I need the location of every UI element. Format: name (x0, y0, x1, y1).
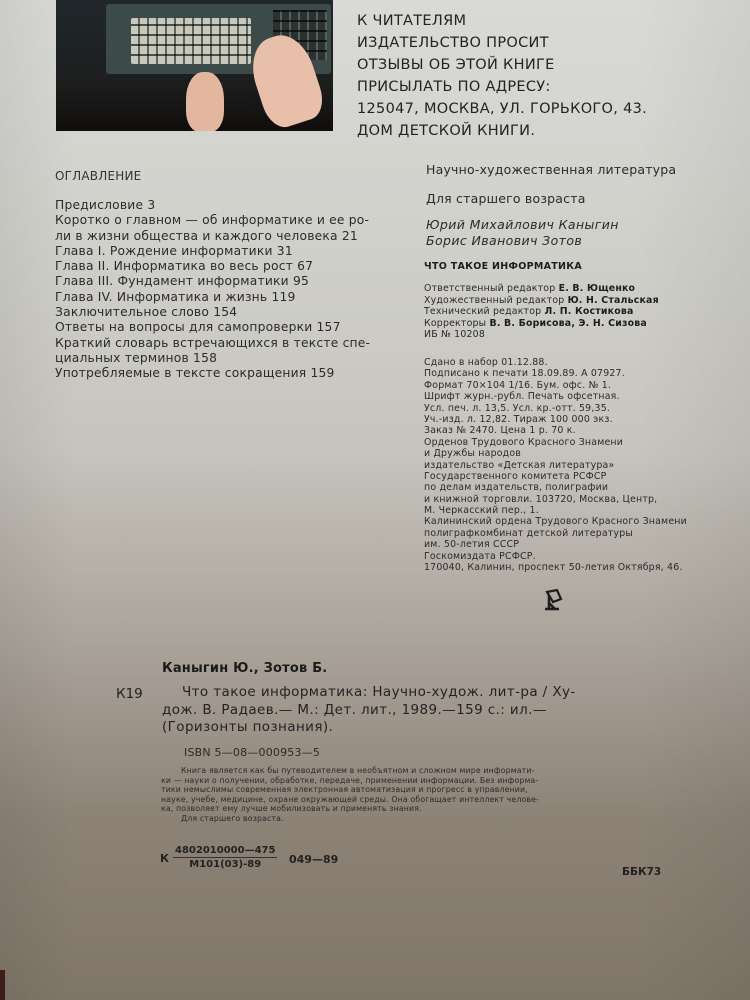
authors-full: Юрий Михайлович Каныгин Борис Иванович З… (426, 217, 619, 249)
printing-details: Сдано в набор 01.12.88. Подписано к печа… (424, 357, 687, 573)
publisher-logo-icon (540, 589, 564, 613)
isbn: ISBN 5—08—000953—5 (184, 746, 320, 759)
classification-fraction: 4802010000—475 М101(03)-89 (173, 845, 277, 870)
table-of-contents: Предисловие 3 Коротко о главном — об инф… (55, 198, 370, 382)
code-suffix: 049—89 (289, 853, 338, 866)
code-prefix: К (160, 852, 169, 865)
staff-line: Ответственный редактор Е. В. Ющенко (424, 283, 659, 295)
staff-line: Технический редактор Л. П. Костикова (424, 306, 659, 318)
readers-notice: К ЧИТАТЕЛЯМ ИЗДАТЕЛЬСТВО ПРОСИТ ОТЗЫВЫ О… (357, 10, 647, 142)
hand-image (186, 72, 224, 131)
card-authors: Каныгин Ю., Зотов Б. (162, 661, 327, 676)
toc-item: Глава III. Фундамент информатики 95 (55, 274, 370, 289)
editorial-staff: Ответственный редактор Е. В. Ющенко Худо… (424, 283, 659, 341)
annotation: Книга является как бы путеводителем в не… (161, 766, 539, 823)
bbk-code: ББК73 (622, 866, 661, 878)
toc-item: Глава I. Рождение информатики 31 (55, 244, 370, 259)
book-title: ЧТО ТАКОЕ ИНФОРМАТИКА (424, 261, 582, 272)
toc-item: Заключительное слово 154 (55, 305, 370, 320)
toc-item: Краткий словарь встречающихся в тексте с… (55, 336, 370, 351)
toc-item: ли в жизни общества и каждого человека 2… (55, 229, 370, 244)
toc-item: Употребляемые в тексте сокращения 159 (55, 366, 370, 381)
genre-label: Научно-художественная литература (426, 162, 676, 177)
toc-item: Коротко о главном — об информатике и ее … (55, 213, 370, 228)
age-label: Для старшего возраста (426, 191, 586, 206)
toc-item: циальных терминов 158 (55, 351, 370, 366)
keyboard-photo (56, 0, 333, 131)
ib-number: ИБ № 10208 (424, 329, 659, 341)
toc-title: ОГЛАВЛЕНИЕ (55, 169, 141, 183)
staff-line: Художественный редактор Ю. Н. Стальская (424, 295, 659, 307)
staff-line: Корректоры В. В. Борисова, Э. Н. Сизова (424, 318, 659, 330)
toc-item: Ответы на вопросы для самопроверки 157 (55, 320, 370, 335)
toc-item: Глава IV. Информатика и жизнь 119 (55, 290, 370, 305)
toc-item: Глава II. Информатика во весь рост 67 (55, 259, 370, 274)
toc-item: Предисловие 3 (55, 198, 370, 213)
bibliographic-entry: Что такое информатика: Научно-худож. лит… (182, 684, 576, 737)
class-code: К19 (116, 686, 143, 702)
page-edge (0, 970, 5, 1000)
